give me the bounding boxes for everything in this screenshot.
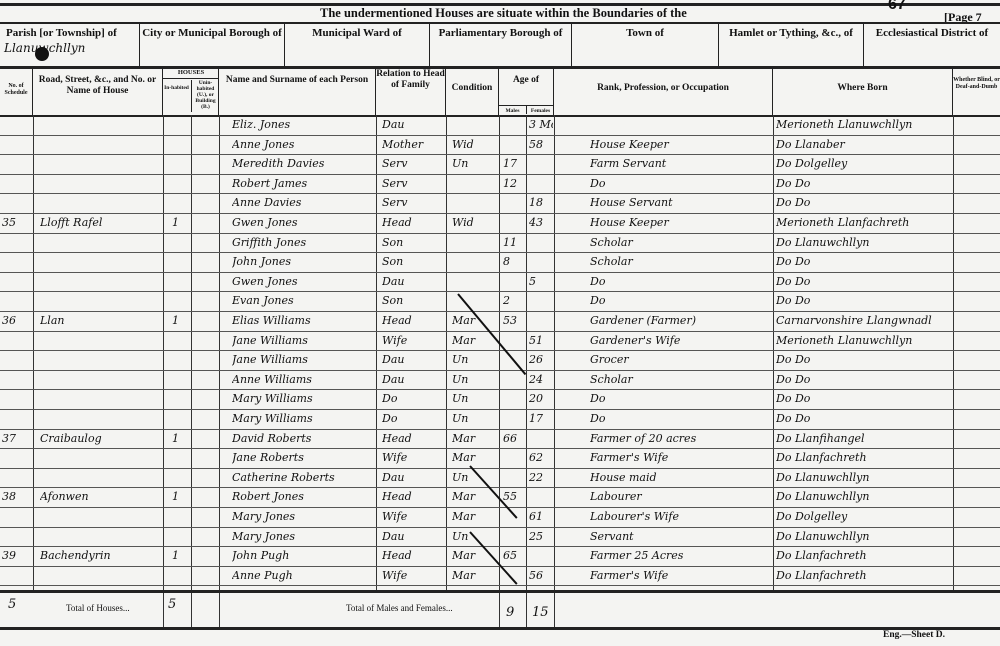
- female-age-cell: 24: [529, 371, 553, 389]
- road-cell: [40, 155, 160, 173]
- female-age-cell: 26: [529, 351, 553, 369]
- occupation-cell: Farm Servant: [590, 155, 770, 173]
- female-age-cell: 18: [529, 194, 553, 212]
- col-females: Females: [526, 105, 554, 114]
- female-age-cell: 56: [529, 567, 553, 585]
- condition-cell: [452, 194, 497, 212]
- road-cell: [40, 136, 160, 154]
- schedule-cell: [2, 390, 30, 408]
- relation-cell: Wife: [382, 332, 444, 350]
- parish-label: Parish [or Township] of: [6, 27, 117, 39]
- condition-cell: Wid: [452, 214, 497, 232]
- schedule-cell: [2, 292, 30, 310]
- where-born-cell: Do Llanfihangel: [776, 430, 951, 448]
- schedule-cell: [2, 371, 30, 389]
- where-born-cell: Merioneth Llanuwchllyn: [776, 116, 951, 134]
- inhabited-cell: [172, 194, 190, 212]
- table-row: Jane WilliamsDauUn26GrocerDo Do: [0, 350, 1000, 371]
- inhabited-cell: [172, 234, 190, 252]
- condition-cell: Un: [452, 410, 497, 428]
- female-age-cell: [529, 430, 553, 448]
- occupation-cell: Gardener (Farmer): [590, 312, 770, 330]
- table-row: 36Llan1Elias WilliamsHeadMar53Gardener (…: [0, 311, 1000, 332]
- occupation-cell: Scholar: [590, 253, 770, 271]
- name-cell: Anne Jones: [232, 136, 374, 154]
- name-cell: Elias Williams: [232, 312, 374, 330]
- female-age-cell: 51: [529, 332, 553, 350]
- col-occupation: Rank, Profession, or Occupation: [554, 67, 773, 115]
- inhabited-cell: 1: [172, 214, 190, 232]
- male-age-cell: 2: [503, 292, 525, 310]
- name-cell: Robert Jones: [232, 488, 374, 506]
- where-born-cell: Do Do: [776, 253, 951, 271]
- schedule-cell: [2, 449, 30, 467]
- inhabited-cell: [172, 116, 190, 134]
- inhabited-cell: [172, 253, 190, 271]
- relation-cell: Head: [382, 488, 444, 506]
- female-age-cell: 5: [529, 273, 553, 291]
- name-cell: Jane Williams: [232, 332, 374, 350]
- relation-cell: Dau: [382, 273, 444, 291]
- occupation-cell: Labourer's Wife: [590, 508, 770, 526]
- female-age-cell: [529, 234, 553, 252]
- road-cell: [40, 371, 160, 389]
- inhabited-cell: [172, 410, 190, 428]
- male-age-cell: [503, 449, 525, 467]
- schedule-cell: [2, 136, 30, 154]
- table-row: 35Llofft Rafel1Gwen JonesHeadWid43House …: [0, 213, 1000, 234]
- occupation-cell: Do: [590, 273, 770, 291]
- female-age-cell: [529, 155, 553, 173]
- where-born-cell: Do Do: [776, 371, 951, 389]
- col-road: Road, Street, &c., and No. or Name of Ho…: [33, 67, 163, 115]
- females-total-value: 15: [532, 605, 549, 620]
- name-cell: John Jones: [232, 253, 374, 271]
- schedule-cell: [2, 273, 30, 291]
- schedule-cell: [2, 234, 30, 252]
- female-age-cell: 20: [529, 390, 553, 408]
- inhabited-cell: [172, 292, 190, 310]
- table-row: 37Craibaulog1David RobertsHeadMar66Farme…: [0, 429, 1000, 450]
- schedule-cell: [2, 528, 30, 546]
- road-cell: [40, 253, 160, 271]
- condition-cell: Wid: [452, 136, 497, 154]
- name-cell: Mary Williams: [232, 410, 374, 428]
- name-cell: Gwen Jones: [232, 273, 374, 291]
- inhabited-cell: [172, 273, 190, 291]
- age-label: Age of: [513, 75, 539, 85]
- road-cell: [40, 273, 160, 291]
- divider: [526, 593, 527, 627]
- where-born-cell: Do Llanuwchllyn: [776, 488, 951, 506]
- inhabited-cell: [172, 155, 190, 173]
- male-age-cell: [503, 371, 525, 389]
- female-age-cell: 22: [529, 469, 553, 487]
- table-row: Anne DaviesServ18House ServantDo Do: [0, 193, 1000, 214]
- boundary-header: Parish [or Township] of Llanuwchllyn Cit…: [0, 22, 1000, 69]
- male-age-cell: 11: [503, 234, 525, 252]
- hamlet-field: Hamlet or Tything, &c., of: [719, 24, 864, 66]
- table-row: Mary JonesWifeMar61Labourer's WifeDo Dol…: [0, 507, 1000, 528]
- relation-cell: Wife: [382, 567, 444, 585]
- inhabited-cell: [172, 528, 190, 546]
- table-row: Gwen JonesDau5DoDo Do: [0, 272, 1000, 293]
- table-row: Robert JamesServ12DoDo Do: [0, 174, 1000, 195]
- where-born-cell: Do Do: [776, 292, 951, 310]
- road-cell: [40, 175, 160, 193]
- male-age-cell: 12: [503, 175, 525, 193]
- table-row: Griffith JonesSon11ScholarDo Llanuwchlly…: [0, 233, 1000, 254]
- col-condition: Condition: [446, 67, 499, 115]
- col-relation: Relation to Head of Family: [376, 67, 446, 115]
- inhabited-cell: 1: [172, 547, 190, 565]
- where-born-cell: Do Llanfachreth: [776, 449, 951, 467]
- borough-label: City or Municipal Borough of: [142, 27, 282, 39]
- name-cell: John Pugh: [232, 547, 374, 565]
- schedule-cell: [2, 175, 30, 193]
- road-cell: Bachendyrin: [40, 547, 160, 565]
- name-cell: Mary Jones: [232, 508, 374, 526]
- page-heading: The undermentioned Houses are situate wi…: [320, 6, 687, 21]
- occupation-cell: Gardener's Wife: [590, 332, 770, 350]
- relation-cell: Mother: [382, 136, 444, 154]
- condition-cell: [452, 253, 497, 271]
- name-cell: Mary Jones: [232, 528, 374, 546]
- relation-cell: Dau: [382, 469, 444, 487]
- table-row: Catherine RobertsDauUn22House maidDo Lla…: [0, 468, 1000, 489]
- divider: [219, 593, 220, 627]
- parliamentary-label: Parliamentary Borough of: [439, 27, 563, 39]
- road-cell: Afonwen: [40, 488, 160, 506]
- road-cell: [40, 292, 160, 310]
- road-cell: [40, 116, 160, 134]
- schedule-cell: [2, 410, 30, 428]
- road-cell: [40, 351, 160, 369]
- male-age-cell: 55: [503, 488, 525, 506]
- inhabited-cell: [172, 390, 190, 408]
- male-age-cell: 17: [503, 155, 525, 173]
- relation-cell: Wife: [382, 508, 444, 526]
- road-cell: [40, 234, 160, 252]
- relation-cell: Son: [382, 234, 444, 252]
- divider: [163, 593, 164, 627]
- col-name: Name and Surname of each Person: [219, 67, 376, 115]
- table-row: Eliz. JonesDau3 MoMerioneth Llanuwchllyn: [0, 115, 1000, 136]
- table-row: Anne PughWifeMar56Farmer's WifeDo Llanfa…: [0, 566, 1000, 587]
- col-houses: HOUSES In-habited Unin-habited (U.), or …: [163, 67, 219, 115]
- where-born-cell: Do Do: [776, 194, 951, 212]
- road-cell: [40, 410, 160, 428]
- parish-field: Parish [or Township] of Llanuwchllyn: [0, 24, 140, 66]
- name-cell: Robert James: [232, 175, 374, 193]
- road-cell: [40, 194, 160, 212]
- relation-cell: Serv: [382, 155, 444, 173]
- road-cell: [40, 508, 160, 526]
- condition-cell: Mar: [452, 567, 497, 585]
- female-age-cell: [529, 488, 553, 506]
- male-age-cell: 8: [503, 253, 525, 271]
- inhabited-cell: 1: [172, 430, 190, 448]
- relation-cell: Head: [382, 547, 444, 565]
- occupation-cell: [590, 116, 770, 134]
- female-age-cell: 43: [529, 214, 553, 232]
- name-cell: Jane Roberts: [232, 449, 374, 467]
- condition-cell: [452, 175, 497, 193]
- condition-cell: Mar: [452, 430, 497, 448]
- schedule-cell: 39: [2, 547, 30, 565]
- column-headers: No. of Schedule Road, Street, &c., and N…: [0, 67, 1000, 117]
- relation-cell: Dau: [382, 528, 444, 546]
- col-uninhabited: Unin-habited (U.), or Building (B.): [191, 80, 219, 112]
- where-born-cell: Do Llanaber: [776, 136, 951, 154]
- male-age-cell: [503, 469, 525, 487]
- male-age-cell: [503, 273, 525, 291]
- inhabited-cell: [172, 508, 190, 526]
- inhabited-cell: [172, 567, 190, 585]
- table-row: Evan JonesSon2DoDo Do: [0, 291, 1000, 312]
- where-born-cell: Do Do: [776, 273, 951, 291]
- female-age-cell: 17: [529, 410, 553, 428]
- occupation-cell: Farmer's Wife: [590, 567, 770, 585]
- inhabited-cell: 1: [172, 312, 190, 330]
- where-born-cell: Do Do: [776, 175, 951, 193]
- inhabited-cell: [172, 449, 190, 467]
- occupation-cell: Do: [590, 292, 770, 310]
- table-row: Anne WilliamsDauUn24ScholarDo Do: [0, 370, 1000, 391]
- col-where-born: Where Born: [773, 67, 953, 115]
- relation-cell: Serv: [382, 175, 444, 193]
- road-cell: [40, 449, 160, 467]
- female-age-cell: 58: [529, 136, 553, 154]
- male-age-cell: [503, 390, 525, 408]
- male-age-cell: 65: [503, 547, 525, 565]
- male-age-cell: [503, 332, 525, 350]
- male-age-cell: 66: [503, 430, 525, 448]
- road-cell: [40, 528, 160, 546]
- occupation-cell: Grocer: [590, 351, 770, 369]
- schedule-cell: 38: [2, 488, 30, 506]
- col-schedule: No. of Schedule: [0, 67, 33, 115]
- schedule-cell: [2, 469, 30, 487]
- name-cell: Mary Williams: [232, 390, 374, 408]
- occupation-cell: Do: [590, 175, 770, 193]
- occupation-cell: Do: [590, 390, 770, 408]
- male-age-cell: [503, 528, 525, 546]
- relation-cell: Wife: [382, 449, 444, 467]
- parish-value: Llanuwchllyn: [4, 42, 85, 54]
- relation-cell: Dau: [382, 116, 444, 134]
- table-row: Jane RobertsWifeMar62Farmer's WifeDo Lla…: [0, 448, 1000, 469]
- inhabited-cell: [172, 351, 190, 369]
- relation-cell: Do: [382, 390, 444, 408]
- sheet-footer: Eng.—Sheet D.: [883, 630, 945, 640]
- table-row: Mary WilliamsDoUn17DoDo Do: [0, 409, 1000, 430]
- name-cell: Anne Davies: [232, 194, 374, 212]
- town-field: Town of: [572, 24, 719, 66]
- ecclesiastical-label: Ecclesiastical District of: [876, 27, 988, 39]
- male-age-cell: [503, 410, 525, 428]
- female-age-cell: [529, 312, 553, 330]
- schedule-cell: [2, 351, 30, 369]
- female-age-cell: [529, 547, 553, 565]
- female-age-cell: [529, 292, 553, 310]
- divider: [191, 593, 192, 627]
- parliamentary-field: Parliamentary Borough of: [430, 24, 572, 66]
- road-cell: [40, 567, 160, 585]
- table-row: Meredith DaviesServUn17Farm ServantDo Do…: [0, 154, 1000, 175]
- col-inhabited: In-habited: [163, 85, 190, 91]
- inhabited-cell: [172, 136, 190, 154]
- ward-field: Municipal Ward of: [285, 24, 430, 66]
- name-cell: Gwen Jones: [232, 214, 374, 232]
- ward-label: Municipal Ward of: [312, 27, 402, 39]
- occupation-cell: Servant: [590, 528, 770, 546]
- name-cell: Catherine Roberts: [232, 469, 374, 487]
- occupation-cell: House maid: [590, 469, 770, 487]
- condition-cell: Mar: [452, 508, 497, 526]
- condition-cell: [452, 234, 497, 252]
- name-cell: Meredith Davies: [232, 155, 374, 173]
- occupation-cell: Farmer of 20 acres: [590, 430, 770, 448]
- where-born-cell: Do Do: [776, 351, 951, 369]
- male-age-cell: [503, 136, 525, 154]
- inhabited-cell: [172, 332, 190, 350]
- where-born-cell: Do Llanfachreth: [776, 567, 951, 585]
- occupation-cell: Do: [590, 410, 770, 428]
- schedule-cell: [2, 253, 30, 271]
- relation-cell: Head: [382, 430, 444, 448]
- condition-cell: Un: [452, 155, 497, 173]
- hamlet-label: Hamlet or Tything, &c., of: [729, 27, 853, 39]
- road-cell: Craibaulog: [40, 430, 160, 448]
- occupation-cell: Labourer: [590, 488, 770, 506]
- male-age-cell: [503, 214, 525, 232]
- table-row: Mary WilliamsDoUn20DoDo Do: [0, 389, 1000, 410]
- where-born-cell: Do Llanuwchllyn: [776, 234, 951, 252]
- schedule-cell: [2, 155, 30, 173]
- col-males: Males: [499, 105, 526, 114]
- male-age-cell: 53: [503, 312, 525, 330]
- schedule-cell: [2, 194, 30, 212]
- occupation-cell: Scholar: [590, 234, 770, 252]
- relation-cell: Dau: [382, 351, 444, 369]
- female-age-cell: 61: [529, 508, 553, 526]
- where-born-cell: Do Dolgelley: [776, 155, 951, 173]
- inhabited-cell: [172, 371, 190, 389]
- name-cell: David Roberts: [232, 430, 374, 448]
- relation-cell: Son: [382, 292, 444, 310]
- table-row: John JonesSon8ScholarDo Do: [0, 252, 1000, 273]
- male-age-cell: [503, 194, 525, 212]
- occupation-cell: House Keeper: [590, 214, 770, 232]
- female-age-cell: 25: [529, 528, 553, 546]
- where-born-cell: Do Do: [776, 390, 951, 408]
- where-born-cell: Do Llanuwchllyn: [776, 469, 951, 487]
- census-page: The undermentioned Houses are situate wi…: [0, 0, 1000, 646]
- name-cell: Eliz. Jones: [232, 116, 374, 134]
- occupation-cell: House Servant: [590, 194, 770, 212]
- occupation-cell: Scholar: [590, 371, 770, 389]
- divider: [554, 593, 555, 627]
- occupation-cell: Farmer 25 Acres: [590, 547, 770, 565]
- where-born-cell: Do Llanuwchllyn: [776, 528, 951, 546]
- where-born-cell: Merioneth Llanfachreth: [776, 214, 951, 232]
- female-age-cell: 62: [529, 449, 553, 467]
- condition-cell: [452, 273, 497, 291]
- inhabited-cell: [172, 469, 190, 487]
- female-age-cell: [529, 175, 553, 193]
- name-cell: Griffith Jones: [232, 234, 374, 252]
- condition-cell: [452, 116, 497, 134]
- divider: [499, 593, 500, 627]
- inhabited-cell: [172, 175, 190, 193]
- relation-cell: Son: [382, 253, 444, 271]
- schedule-total: 5: [8, 597, 16, 612]
- inhabited-cell: 1: [172, 488, 190, 506]
- totals-row: 5 Total of Houses... 5 Total of Males an…: [0, 590, 1000, 630]
- name-cell: Anne Pugh: [232, 567, 374, 585]
- where-born-cell: Carnarvonshire Llangwnadl: [776, 312, 951, 330]
- folio-number: 67: [888, 0, 906, 14]
- houses-total-value: 5: [168, 597, 176, 612]
- road-cell: Llan: [40, 312, 160, 330]
- town-label: Town of: [626, 27, 664, 39]
- relation-cell: Head: [382, 312, 444, 330]
- name-cell: Anne Williams: [232, 371, 374, 389]
- condition-cell: Un: [452, 351, 497, 369]
- table-row: Anne JonesMotherWid58House KeeperDo Llan…: [0, 135, 1000, 156]
- female-age-cell: [529, 253, 553, 271]
- col-age: Age of Males Females: [499, 67, 554, 115]
- col-blind-deaf: Whether Blind, or Deaf-and-Dumb: [953, 67, 1000, 115]
- borough-field: City or Municipal Borough of: [140, 24, 285, 66]
- where-born-cell: Do Do: [776, 410, 951, 428]
- name-cell: Evan Jones: [232, 292, 374, 310]
- condition-cell: Un: [452, 390, 497, 408]
- schedule-cell: [2, 116, 30, 134]
- where-born-cell: Merioneth Llanuwchllyn: [776, 332, 951, 350]
- males-total-value: 9: [506, 605, 514, 620]
- schedule-cell: [2, 508, 30, 526]
- relation-cell: Serv: [382, 194, 444, 212]
- persons-total-label: Total of Males and Females...: [346, 603, 453, 613]
- name-cell: Jane Williams: [232, 351, 374, 369]
- table-row: Jane WilliamsWifeMar51Gardener's WifeMer…: [0, 331, 1000, 352]
- schedule-cell: [2, 567, 30, 585]
- houses-label: HOUSES: [163, 70, 219, 79]
- schedule-cell: 35: [2, 214, 30, 232]
- road-cell: [40, 332, 160, 350]
- ecclesiastical-field: Ecclesiastical District of: [864, 24, 1000, 66]
- condition-cell: Mar: [452, 449, 497, 467]
- schedule-cell: 37: [2, 430, 30, 448]
- male-age-cell: [503, 116, 525, 134]
- census-table: Eliz. JonesDau3 MoMerioneth Llanuwchllyn…: [0, 115, 1000, 590]
- schedule-cell: [2, 332, 30, 350]
- road-cell: [40, 390, 160, 408]
- road-cell: Llofft Rafel: [40, 214, 160, 232]
- houses-total-label: Total of Houses...: [66, 603, 130, 613]
- where-born-cell: Do Dolgelley: [776, 508, 951, 526]
- female-age-cell: 3 Mo: [529, 116, 553, 134]
- road-cell: [40, 469, 160, 487]
- relation-cell: Head: [382, 214, 444, 232]
- occupation-cell: Farmer's Wife: [590, 449, 770, 467]
- relation-cell: Do: [382, 410, 444, 428]
- relation-cell: Dau: [382, 371, 444, 389]
- schedule-cell: 36: [2, 312, 30, 330]
- where-born-cell: Do Llanfachreth: [776, 547, 951, 565]
